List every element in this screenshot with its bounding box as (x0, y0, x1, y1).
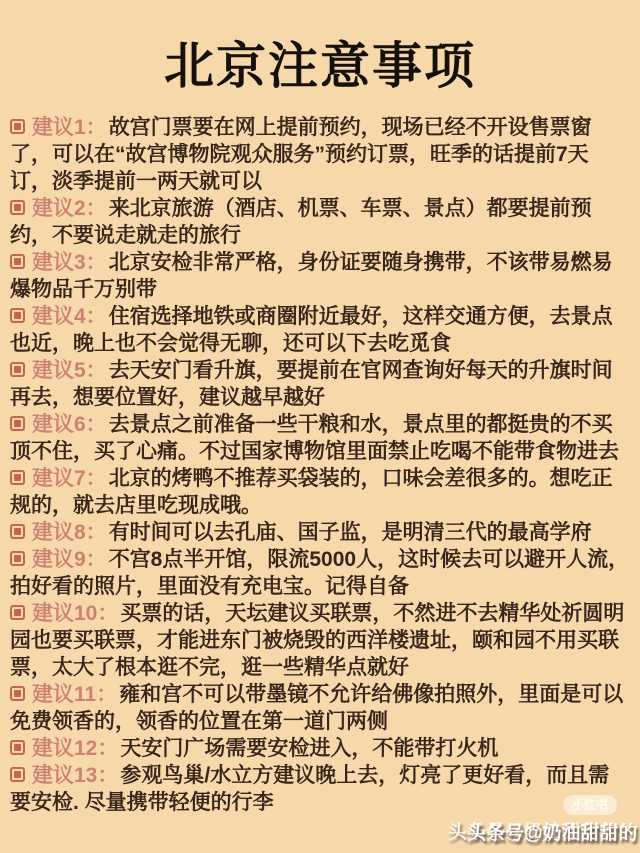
tip-label: 建议13： (32, 764, 118, 787)
square-bullet-icon (10, 416, 25, 431)
tip-label: 建议5： (32, 359, 107, 382)
tip-item: 建议3：北京安检非常严格，身份证要随身携带，不该带易燃易爆物品千万别带 (10, 249, 630, 303)
tip-item: 建议10：买票的话，天坛建议买联票，不然进不去精华处祈圆明园也要买联票，才能进东… (10, 600, 630, 681)
credit-watermark: 头条号@奶油甜甜的 (467, 818, 638, 845)
tip-label: 建议6： (32, 413, 107, 436)
square-bullet-icon (10, 686, 25, 701)
tips-list: 建议1：故宫门票要在网上提前预约，现场已经不开设售票窗了，可以在“故宫博物院观众… (0, 114, 640, 816)
tip-label: 建议3： (32, 251, 107, 274)
tip-label: 建议1： (32, 116, 107, 139)
tip-item: 建议9：不宫8点半开馆，限流5000人，这时候去可以避开人流，拍好看的照片，里面… (10, 546, 630, 600)
page-title: 北京注意事项 (0, 26, 640, 98)
tip-item: 建议5：去天安门看升旗，要提前在官网查询好每天的升旗时间再去，想要位置好，建议越… (10, 357, 630, 411)
square-bullet-icon (10, 740, 25, 755)
square-bullet-icon (10, 362, 25, 377)
tip-label: 建议12： (32, 737, 118, 760)
tip-label: 建议9： (32, 548, 107, 571)
tip-text: 天安门广场需要安检进入，不能带打火机 (120, 737, 498, 760)
square-bullet-icon (10, 470, 25, 485)
square-bullet-icon (10, 551, 25, 566)
tip-label: 建议2： (32, 197, 107, 220)
tip-item: 建议4：住宿选择地铁或商圈附近最好，这样交通方便，去景点也近，晚上也不会觉得无聊… (10, 303, 630, 357)
xiaohongshu-badge: 小红书 (563, 795, 617, 815)
square-bullet-icon (10, 119, 25, 134)
tip-label: 建议11： (32, 683, 117, 706)
tip-item: 建议2：来北京旅游（酒店、机票、车票、景点）都要提前预约，不要说走就走的旅行 (10, 195, 630, 249)
square-bullet-icon (10, 524, 25, 539)
square-bullet-icon (10, 605, 25, 620)
tip-item: 建议12：天安门广场需要安检进入，不能带打火机 (10, 735, 630, 762)
square-bullet-icon (10, 200, 25, 215)
tip-item: 建议7：北京的烤鸭不推荐买袋装的，口味会差很多的。想吃正规的，就去店里吃现成哦。 (10, 465, 630, 519)
tip-item: 建议13：参观鸟巢/水立方建议晚上去，灯亮了更好看，而且需要安检. 尽量携带轻便… (10, 762, 630, 816)
tip-label: 建议8： (32, 521, 107, 544)
tip-label: 建议4： (32, 305, 107, 328)
tip-text: 有时间可以去孔庙、国子监，是明清三代的最高学府 (109, 521, 592, 544)
tip-item: 建议8：有时间可以去孔庙、国子监，是明清三代的最高学府 (10, 519, 630, 546)
tip-label: 建议10： (32, 602, 118, 625)
tip-item: 建议1：故宫门票要在网上提前预约，现场已经不开设售票窗了，可以在“故宫博物院观众… (10, 114, 630, 195)
tip-item: 建议6：去景点之前准备一些干粮和水，景点里的都挺贵的不买顶不住，买了心痛。不过国… (10, 411, 630, 465)
square-bullet-icon (10, 767, 25, 782)
square-bullet-icon (10, 254, 25, 269)
tip-item: 建议11：雍和宫不可以带墨镜不允许给佛像拍照外，里面是可以免费领香的，领香的位置… (10, 681, 630, 735)
square-bullet-icon (10, 308, 25, 323)
tip-label: 建议7： (32, 467, 107, 490)
